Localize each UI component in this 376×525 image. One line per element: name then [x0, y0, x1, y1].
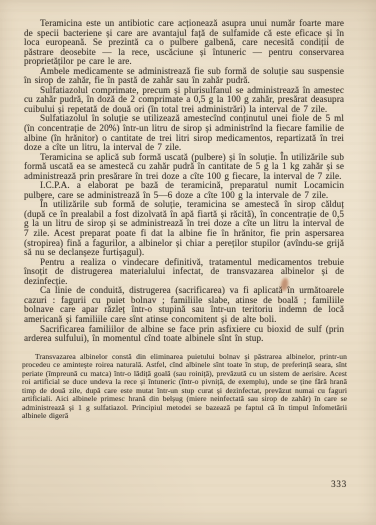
body-paragraph: Sulfatiazolul în soluție se utilizează a…	[24, 114, 344, 152]
text-block: Teramicina este un antibiotic care acțio…	[24, 19, 344, 421]
page-number: 333	[331, 479, 347, 489]
body-paragraph: Ambele medicamente se administrează fie …	[24, 67, 344, 86]
body-paragraph: I.C.P.A. a elaborat pe bază de teramicin…	[24, 181, 344, 200]
body-paragraph: Pentru a realiza o vindecare definitivă,…	[24, 258, 344, 287]
body-paragraph: Sulfatiazolul comprimate, precum și plur…	[24, 86, 344, 115]
body-paragraph: Teramicina este un antibiotic care acțio…	[24, 19, 344, 67]
body-paragraph: În utilizările sub formă de soluție, ter…	[24, 200, 344, 257]
scanned-book-page: Teramicina este un antibiotic care acțio…	[0, 0, 376, 525]
body-paragraph: Teramicina se aplică sub formă uscată (p…	[24, 153, 344, 182]
fine-print-paragraph: Transvazarea albinelor constă din elimin…	[22, 353, 347, 421]
body-paragraph: Sacrificarea familiilor de albine se fac…	[24, 325, 344, 344]
body-paragraph: Ca linie de conduită, distrugerea (sacri…	[24, 286, 344, 324]
